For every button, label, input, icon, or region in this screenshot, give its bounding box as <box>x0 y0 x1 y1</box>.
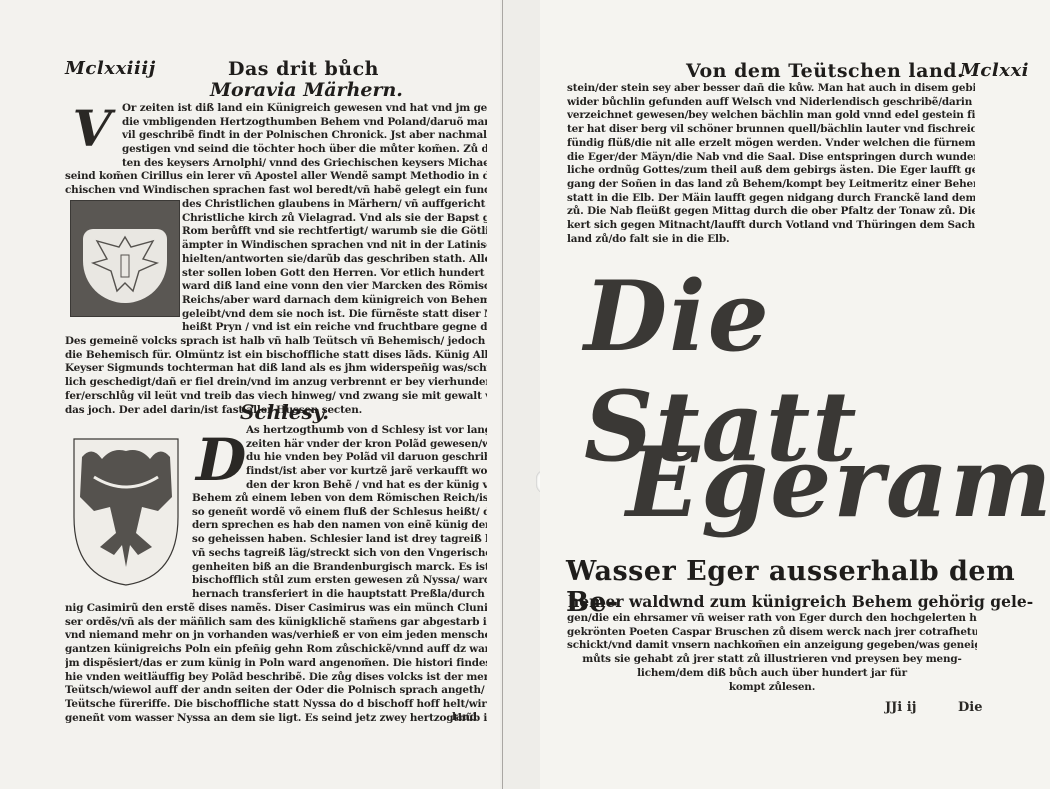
subheadline-line2: hemer waldwnd zum künigreich Behem gehör… <box>568 592 1033 611</box>
eagle-shield-icon <box>83 229 167 303</box>
moravia-text-top: Or zeiten ist diß land ein Künigreich ge… <box>122 102 487 171</box>
moravia-coat-of-arms-woodcut <box>70 200 180 317</box>
schlesy-text-beside-shield: Behem zů einem leben von dem Römischen R… <box>192 492 487 602</box>
caption-text: gen/die ein ehrsamer vñ weiser rath von … <box>567 612 977 694</box>
schlesy-text-beside-dropcap: As hertzogthumb von d Schlesy ist vor la… <box>246 424 487 493</box>
eagle-icon <box>83 229 167 303</box>
schlesy-text-bottom: nig Casimirũ den erstẽ dises namẽs. Dise… <box>65 602 487 725</box>
dropcap-v: V <box>66 102 118 156</box>
right-page: Von dem Teütschen land. Mclxxi stein/der… <box>540 0 1050 789</box>
left-page: Mclxxiiij Das drit bůch Moravia Märhern.… <box>0 0 500 789</box>
headline-egeram: Egeram <box>626 428 1050 538</box>
silesia-coat-of-arms <box>72 437 180 587</box>
section-title-moravia: Moravia Märhern. <box>210 79 403 101</box>
moravia-text-full-1: seind kom̃en Cirillus ein lerer vñ Apost… <box>65 170 487 197</box>
gutter <box>500 0 540 789</box>
right-folio: Mclxxi <box>960 60 1029 81</box>
dropcap-d: D <box>196 425 242 497</box>
right-running-title: Von dem Teütschen land. <box>686 60 964 82</box>
left-folio: Mclxxiiij <box>65 58 156 79</box>
left-running-title: Das drit bůch <box>228 58 379 80</box>
fold-line-left <box>502 0 503 789</box>
section-title-schlesy: Schlesy. <box>240 400 329 424</box>
moravia-text-beside-woodcut: des Christlichen glaubens in Märhern/ vñ… <box>182 198 487 335</box>
silesian-eagle-shield-icon <box>72 437 180 587</box>
right-top-text: stein/der stein sey aber besser dañ die … <box>567 82 975 246</box>
left-catchword: land <box>452 711 492 725</box>
signature-mark: JJi ij <box>885 700 916 715</box>
book-spread: Mclxxiiij Das drit bůch Moravia Märhern.… <box>0 0 1050 789</box>
right-catchword: Die <box>958 700 982 715</box>
